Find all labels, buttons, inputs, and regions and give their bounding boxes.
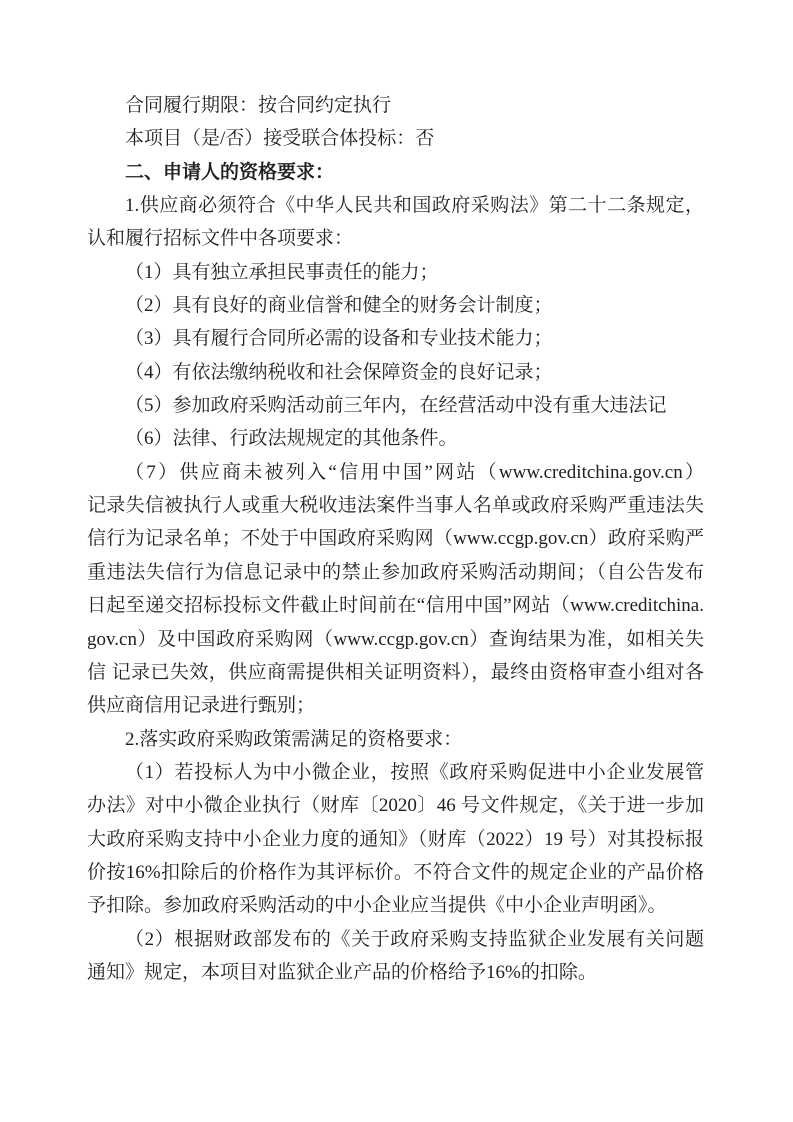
qualification-item-1: （1）具有独立承担民事责任的能力；: [87, 256, 704, 289]
qualification-item-7-line-6: gov.cn）及中国政府采购网（www.ccgp.gov.cn）查询结果为准，如…: [87, 623, 704, 656]
document-body: 合同履行期限：按合同约定执行 本项目（是/否）接受联合体投标：否 二、申请人的资…: [87, 89, 704, 989]
qualification-item-7-line-2: 记录失信被执行人或重大税收违法案件当事人名单或政府采购严重违法失: [87, 489, 704, 522]
consortium-bidding-line: 本项目（是/否）接受联合体投标：否: [87, 122, 704, 155]
qualification-item-5: （5）参加政府采购活动前三年内，在经营活动中没有重大违法记录；: [87, 389, 704, 422]
prison-enterprise-line-2: 通知》规定，本项目对监狱企业产品的价格给予16%的扣除。: [87, 956, 704, 989]
sme-policy-line-1: （1）若投标人为中小微企业，按照《政府采购促进中小企业发展管理: [87, 756, 704, 789]
sme-policy-line-3: 大政府采购支持中小企业力度的通知》（财库（2022）19 号）对其投标报: [87, 823, 704, 856]
qualification-item-2: （2）具有良好的商业信誉和健全的财务会计制度；: [87, 289, 704, 322]
section-2-heading: 二、申请人的资格要求：: [87, 156, 704, 189]
policy-requirements-heading: 2.落实政府采购政策需满足的资格要求：: [87, 723, 704, 756]
qualification-item-6: （6）法律、行政法规规定的其他条件。: [87, 422, 704, 455]
sme-policy-line-2: 办法》对中小微企业执行（财库〔2020〕46 号文件规定，《关于进一步加: [87, 789, 704, 822]
qualification-item-4: （4）有依法缴纳税收和社会保障资金的良好记录；: [87, 356, 704, 389]
sme-policy-line-5: 予扣除。参加政府采购活动的中小企业应当提供《中小企业声明函》。: [87, 889, 704, 922]
qualification-item-7-line-1: （7）供应商未被列入“信用中国”网站（www.creditchina.gov.c…: [87, 456, 704, 489]
qualification-item-7-line-5: 日起至递交招标投标文件截止时间前在“信用中国”网站（www.creditchin…: [87, 589, 704, 622]
contract-term-line: 合同履行期限：按合同约定执行: [87, 89, 704, 122]
qualification-item-7-line-3: 信行为记录名单；不处于中国政府采购网（www.ccgp.gov.cn）政府采购严: [87, 522, 704, 555]
qualification-item-3: （3）具有履行合同所必需的设备和专业技术能力；: [87, 322, 704, 355]
prison-enterprise-line-1: （2）根据财政部发布的《关于政府采购支持监狱企业发展有关问题的: [87, 923, 704, 956]
qualification-item-7-line-8: 供应商信用记录进行甄别；: [87, 689, 704, 722]
document-page: 合同履行期限：按合同约定执行 本项目（是/否）接受联合体投标：否 二、申请人的资…: [0, 0, 793, 1122]
sme-policy-line-4: 价按16%扣除后的价格作为其评标价。不符合文件的规定企业的产品价格不: [87, 856, 704, 889]
qualification-item-7-line-4: 重违法失信行为信息记录中的禁止参加政府采购活动期间；（自公告发布之: [87, 556, 704, 589]
qualification-item-7-line-7: 信 记录已失效，供应商需提供相关证明资料），最终由资格审查小组对各: [87, 656, 704, 689]
qualification-intro-line-2: 认和履行招标文件中各项要求：: [87, 222, 704, 255]
qualification-intro-line-1: 1.供应商必须符合《中华人民共和国政府采购法》第二十二条规定，承: [87, 189, 704, 222]
